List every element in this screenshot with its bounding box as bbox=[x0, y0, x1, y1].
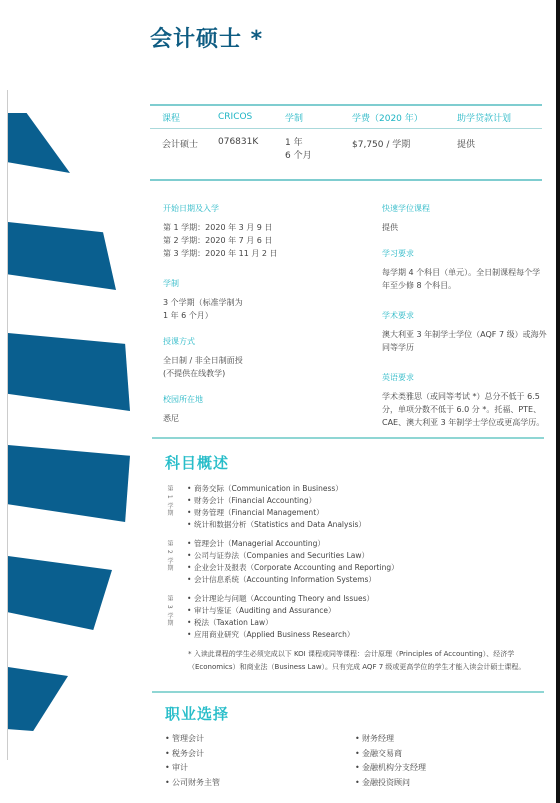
subject-item: •公司与证券法（Companies and Securities Law） bbox=[187, 550, 545, 562]
semester-label: 第 3 学期 bbox=[165, 595, 174, 627]
cell-duration: 1 年 6 个月 bbox=[285, 137, 352, 179]
delivery-mode-block: 授课方式 全日制 / 非全日制面授 (不提供在线教学) bbox=[163, 336, 353, 380]
decorative-striped-shape bbox=[8, 0, 158, 803]
cell-cricos: 076831K bbox=[218, 137, 285, 179]
section-text: 每学期 4 个科目（单元）。全日制课程每个学年至少修 8 个科目。 bbox=[382, 266, 547, 292]
careers-right-column: •财务经理 •金融交易商 •金融机构分支经理 •金融投资顾问 bbox=[355, 732, 545, 790]
details-right-column: 快速学位课程 提供 学习要求 每学期 4 个科目（单元）。全日制课程每个学年至少… bbox=[382, 203, 547, 443]
cell-loan-scheme: 提供 bbox=[457, 137, 542, 179]
subject-item: •统计和数据分析（Statistics and Data Analysis） bbox=[187, 519, 545, 531]
study-requirements-block: 学习要求 每学期 4 个科目（单元）。全日制课程每个学年至少修 8 个科目。 bbox=[382, 248, 547, 292]
page-title: 会计硕士 * bbox=[150, 22, 263, 53]
subject-item: •企业会计及报表（Corporate Accounting and Report… bbox=[187, 562, 545, 574]
stripe bbox=[8, 222, 116, 290]
career-item: •税务会计 bbox=[165, 747, 355, 762]
section-text: 全日制 / 非全日制面授 (不提供在线教学) bbox=[163, 354, 353, 380]
stripe bbox=[8, 445, 130, 522]
section-text: 澳大利亚 3 年制学士学位（AQF 7 级）或海外同等学历 bbox=[382, 328, 547, 354]
header-tuition: 学费（2020 年） bbox=[352, 111, 457, 124]
english-requirements-block: 英语要求 学术类雅思（或同等考试 *）总分不低于 6.5 分，单项分数不低于 6… bbox=[382, 372, 547, 429]
subject-item: •应用商业研究（Applied Business Research） bbox=[187, 629, 545, 641]
details-left-column: 开始日期及入学 第 1 学期：2020 年 3 月 9 日 第 2 学期：202… bbox=[163, 203, 353, 439]
section-text: 3 个学期（标准学制为 1 年 6 个月） bbox=[163, 296, 353, 322]
subject-item: •税法（Taxation Law） bbox=[187, 617, 545, 629]
semester-group-2: 第 2 学期 •管理会计（Managerial Accounting） •公司与… bbox=[165, 538, 545, 586]
section-label: 校园所在地 bbox=[163, 394, 353, 405]
section-label: 学习要求 bbox=[382, 248, 547, 259]
section-divider bbox=[152, 691, 544, 693]
subject-item: •审计与鉴证（Auditing and Assurance） bbox=[187, 605, 545, 617]
subject-item: •会计信息系统（Accounting Information Systems） bbox=[187, 574, 545, 586]
prerequisite-note: * 入读此课程的学生必须完成以下 KOI 课程或同等课程：会计原理（Princi… bbox=[188, 648, 543, 674]
campus-location-block: 校园所在地 悉尼 bbox=[163, 394, 353, 425]
subjects-heading: 科目概述 bbox=[165, 452, 229, 473]
subject-item: •财务管理（Financial Management） bbox=[187, 507, 545, 519]
section-label: 授课方式 bbox=[163, 336, 353, 347]
section-label: 学术要求 bbox=[382, 310, 547, 321]
table-row: 会计硕士 076831K 1 年 6 个月 $7,750 / 学期 提供 bbox=[150, 129, 542, 179]
section-text: 第 1 学期：2020 年 3 月 9 日 第 2 学期：2020 年 7 月 … bbox=[163, 221, 353, 260]
right-edge-border bbox=[556, 0, 560, 803]
career-item: •财务经理 bbox=[355, 732, 545, 747]
header-cricos: CRICOS bbox=[218, 112, 285, 122]
overview-table: 课程 CRICOS 学制 学费（2020 年） 助学贷款计划 会计硕士 0768… bbox=[150, 104, 542, 181]
careers-left-column: •管理会计 •税务会计 •审计 •公司财务主管 bbox=[165, 732, 355, 790]
academic-requirements-block: 学术要求 澳大利亚 3 年制学士学位（AQF 7 级）或海外同等学历 bbox=[382, 310, 547, 354]
section-label: 英语要求 bbox=[382, 372, 547, 383]
section-label: 快速学位课程 bbox=[382, 203, 547, 214]
career-item: •金融交易商 bbox=[355, 747, 545, 762]
duration-block: 学制 3 个学期（标准学制为 1 年 6 个月） bbox=[163, 278, 353, 322]
careers-list: •管理会计 •税务会计 •审计 •公司财务主管 •财务经理 •金融交易商 •金融… bbox=[165, 732, 545, 790]
careers-heading: 职业选择 bbox=[165, 703, 229, 724]
stripe bbox=[8, 667, 68, 731]
subjects-list: 第 1 学期 •商务交际（Communication in Business） … bbox=[165, 483, 545, 648]
intake-dates-block: 开始日期及入学 第 1 学期：2020 年 3 月 9 日 第 2 学期：202… bbox=[163, 203, 353, 260]
subject-item: •财务会计（Financial Accounting） bbox=[187, 495, 545, 507]
stripe bbox=[8, 333, 130, 411]
table-bottom-rule bbox=[150, 179, 542, 181]
header-course: 课程 bbox=[150, 111, 218, 124]
career-item: •审计 bbox=[165, 761, 355, 776]
header-duration: 学制 bbox=[285, 111, 352, 124]
header-loan-scheme: 助学贷款计划 bbox=[457, 111, 542, 124]
semester-label: 第 1 学期 bbox=[165, 485, 174, 517]
stripe bbox=[8, 556, 112, 630]
cell-course: 会计硕士 bbox=[150, 137, 218, 179]
section-divider bbox=[152, 437, 544, 439]
section-text: 学术类雅思（或同等考试 *）总分不低于 6.5 分，单项分数不低于 6.0 分 … bbox=[382, 390, 547, 429]
semester-group-3: 第 3 学期 •会计理论与问题（Accounting Theory and Is… bbox=[165, 593, 545, 641]
brochure-page: 会计硕士 * 课程 CRICOS 学制 学费（2020 年） 助学贷款计划 会计… bbox=[0, 0, 556, 803]
semester-group-1: 第 1 学期 •商务交际（Communication in Business） … bbox=[165, 483, 545, 531]
subject-item: •管理会计（Managerial Accounting） bbox=[187, 538, 545, 550]
career-item: •公司财务主管 bbox=[165, 776, 355, 791]
career-item: •管理会计 bbox=[165, 732, 355, 747]
section-text: 悉尼 bbox=[163, 412, 353, 425]
career-item: •金融机构分支经理 bbox=[355, 761, 545, 776]
career-item: •金融投资顾问 bbox=[355, 776, 545, 791]
table-header-row: 课程 CRICOS 学制 学费（2020 年） 助学贷款计划 bbox=[150, 106, 542, 128]
section-label: 学制 bbox=[163, 278, 353, 289]
subject-item: •会计理论与问题（Accounting Theory and Issues） bbox=[187, 593, 545, 605]
accelerated-degree-block: 快速学位课程 提供 bbox=[382, 203, 547, 234]
section-label: 开始日期及入学 bbox=[163, 203, 353, 214]
subject-item: •商务交际（Communication in Business） bbox=[187, 483, 545, 495]
stripe bbox=[8, 113, 70, 173]
cell-tuition: $7,750 / 学期 bbox=[352, 137, 457, 179]
semester-label: 第 2 学期 bbox=[165, 540, 174, 572]
section-text: 提供 bbox=[382, 221, 547, 234]
